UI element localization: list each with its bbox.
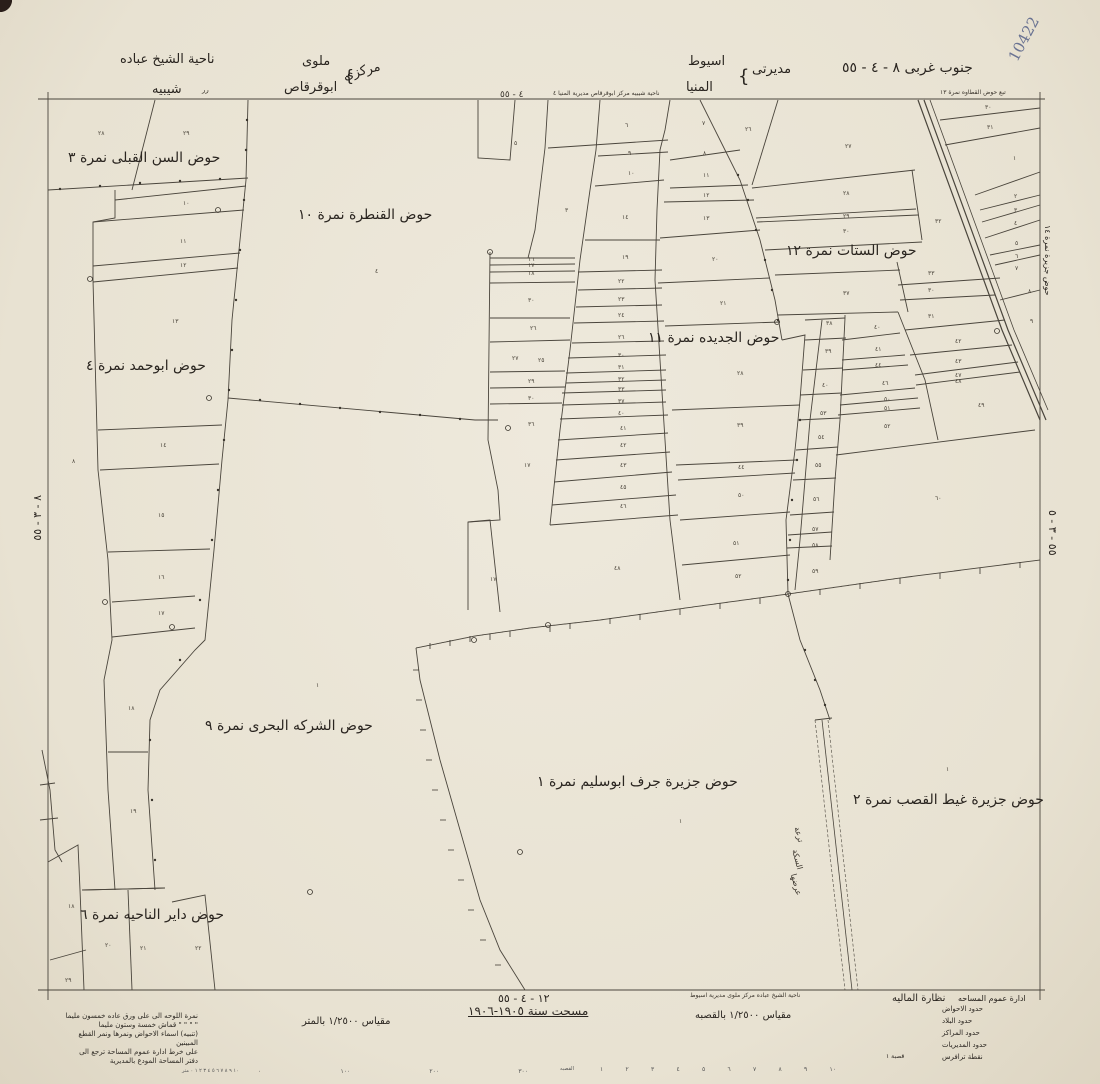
parcel-number: ١٧: [524, 462, 530, 469]
parcel-number: ٥٢: [884, 423, 890, 430]
parcel-number: ٧: [702, 120, 705, 127]
parcel-number: ٤٠: [822, 382, 828, 389]
legend-item-traverse-point: نقطة ترافرس: [942, 1053, 983, 1061]
nahia-name-2: شيبيه: [152, 82, 182, 97]
note-line: (تنبيه) اسماء الاحواض ونمرها ونمر القطع …: [58, 1030, 198, 1048]
parcel-number: ٣١: [618, 364, 624, 371]
parcel-number: ٤٢: [620, 442, 626, 449]
parcel-number: ٣٢: [618, 376, 624, 383]
parcel-number: ٣٠: [618, 352, 624, 359]
parcel-number: ٥١: [884, 405, 890, 412]
parcel-number: ٣٠: [928, 287, 934, 294]
top-center-note: ناحية شيبيه مركز ابوقرقاص مديرية المنيا …: [553, 90, 660, 97]
parcel-number: ٤٢: [955, 338, 961, 345]
parcel-number: ٤٦: [620, 503, 626, 510]
parcel-number: ٣٨: [826, 320, 832, 327]
note-line: " " " " قماش خمسة وستون مليما: [58, 1021, 198, 1030]
parcel-number: ١: [316, 682, 319, 689]
basin-label-12: حوض الستات نمرة ١٢: [786, 243, 917, 259]
parcel-number: ٥٠: [884, 396, 890, 403]
scale-tick: ١: [600, 1066, 603, 1073]
parcel-number: ٣: [565, 207, 568, 214]
markaz-1: ملوى: [302, 54, 330, 69]
parcel-number: ٢٨: [737, 370, 743, 377]
parcel-number: ٢٣: [618, 296, 624, 303]
parcel-number: ٣١: [987, 124, 993, 131]
parcel-number: ٥٨: [812, 542, 818, 549]
scale-qasaba-ticks: ١ ٢ ٣ ٤ ٥ ٦ ٧ ٨ ٩ ١٠: [600, 1066, 836, 1073]
top-center-ref: ٤ - ٥٥: [500, 90, 524, 100]
parcel-number: ٤٤: [875, 362, 881, 369]
parcel-number: ١٦: [158, 574, 164, 581]
parcel-number: ٣٧: [618, 398, 624, 405]
parcel-number: ٥٤: [818, 434, 824, 441]
parcel-number: ٦: [625, 122, 628, 129]
parcel-number: ٣: [1014, 207, 1017, 214]
scale-tick: ١٠٠: [340, 1068, 350, 1075]
scale-qasaba-unit: القصبه: [560, 1066, 574, 1072]
parcel-number: ٣٣: [928, 270, 934, 277]
parcel-number: ٢٨: [843, 190, 849, 197]
parcel-number: ٢: [1014, 193, 1017, 200]
bottom-village-note: ناحية الشيخ عباده مركز ملوى مديرية اسيوط: [690, 992, 800, 999]
parcel-number: ٨: [1028, 288, 1031, 295]
parcel-number: ٨: [703, 150, 706, 157]
parcel-number: ٢٩: [843, 213, 849, 220]
parcel-number: ١٢: [180, 262, 186, 269]
parcel-number: ٥٩: [812, 568, 818, 575]
parcel-number: ٢٧: [845, 143, 851, 150]
parcel-number: ١٩: [622, 254, 628, 261]
parcel-number: ٥: [514, 140, 517, 147]
mudiriya-boundary-plus-marks: [413, 562, 1020, 965]
parcel-number: ٤٨: [614, 565, 620, 572]
parcel-number: ١١: [180, 238, 186, 245]
parcel-number: ٩: [628, 150, 631, 157]
parcel-number: ٥٧: [812, 526, 818, 533]
print-notes: نمرة اللوحه الى على ورق عاده خمسون مليما…: [58, 1012, 198, 1066]
mudiriya-1: اسيوط: [688, 54, 725, 69]
parcel-number: ٤٥: [620, 484, 626, 491]
scale-meters-ticks: ٠ ١٠٠ ٢٠٠ ٣٠٠: [258, 1068, 528, 1075]
parcel-number: ٥٥: [815, 462, 821, 469]
parcel-number: ٥٢: [735, 573, 741, 580]
parcel-number: ٢٦: [618, 334, 624, 341]
parcel-number: ٣٦: [528, 421, 534, 428]
parcel-number: ١٧: [158, 610, 164, 617]
basin-label-1: حوض جزيرة جرف ابوسليم نمرة ١: [537, 774, 738, 790]
parcel-number: ١٨: [68, 903, 74, 910]
left-coordinate: ٨ - ٣ - ٥٥: [31, 495, 44, 541]
scale-tick: ٨: [779, 1066, 782, 1073]
nahia-label: ناحية الشيخ عباده: [120, 52, 215, 67]
parcel-number: ٢٢: [618, 278, 624, 285]
scale-meters-subticks: ١٠ ٩ ٨ ٧ ٦ ٥ ٤ ٣ ٢ ١ ٠ متر: [182, 1068, 239, 1074]
parcel-number: ٥١: [733, 540, 739, 547]
brace-icon-2: }: [738, 66, 749, 87]
note-line: على خرط ادارة عموم المساحة ترجع الى: [58, 1048, 198, 1057]
parcel-number: ٢٥: [538, 357, 544, 364]
parcel-number: ٦: [1015, 253, 1018, 260]
parcel-number: ٢١: [720, 300, 726, 307]
parcel-number: ٨: [72, 458, 75, 465]
parcel-number: ٤٠: [874, 324, 880, 331]
parcel-number: ٣٩: [737, 422, 743, 429]
parcel-number: ١٨: [528, 270, 534, 277]
parcel-number: ٤٩: [978, 402, 984, 409]
parcel-number: ١٨: [128, 705, 134, 712]
parcel-number: ٣٠: [528, 395, 534, 402]
basin-label-9: حوض الشركه البحرى نمرة ٩: [205, 718, 373, 734]
scale-meters-title: مقياس ١/٢٥٠٠ بالمتر: [302, 1016, 390, 1027]
parcel-number: ٣٩: [825, 348, 831, 355]
parcel-number: ٢٧: [512, 355, 518, 362]
parcel-number: ٤: [1014, 220, 1017, 227]
scale-tick: ٥: [702, 1066, 705, 1073]
parcel-number: ٥٣: [820, 410, 826, 417]
parcel-number: ٣٣: [618, 386, 624, 393]
parcel-number: ١: [1013, 155, 1016, 162]
parcel-number: ١٠: [628, 170, 634, 177]
scale-tick: ٣: [651, 1066, 654, 1073]
mudiriya-label: مديرتى: [752, 62, 791, 77]
scale-tick: ٢٠٠: [429, 1068, 439, 1075]
parcel-number: ٣٠: [843, 228, 849, 235]
parcel-number: ٢١: [140, 945, 146, 952]
basin-label-11: حوض الجديده نمرة ١١: [648, 330, 779, 346]
legend-item-village-boundary: حدود البلاد: [942, 1017, 972, 1025]
parcel-number: ٤٣: [620, 462, 626, 469]
scale-tick: ٦: [728, 1066, 731, 1073]
parcel-number: ١٥: [158, 512, 164, 519]
parcel-number: ٣١: [928, 313, 934, 320]
right-coordinate: ٥٥ - ٣ - ٥: [1046, 510, 1059, 556]
note-line: دفتر المساحة المودع بالمديرية: [58, 1057, 198, 1066]
parcel-number: ١٠: [183, 200, 189, 207]
scale-tick: ٣٠٠: [518, 1068, 528, 1075]
legend-item-markaz-boundary: حدود المراكز: [942, 1029, 980, 1037]
parcel-number: ٢٠: [712, 256, 718, 263]
parcel-number: ٢٩: [65, 977, 71, 984]
parcel-number: ٦٠: [935, 495, 941, 502]
scale-tick: ٩: [804, 1066, 807, 1073]
parcel-number: ١٧: [528, 262, 534, 269]
parcel-number: ٢٨: [98, 130, 104, 137]
legend-org: ادارة عموم المساحه: [958, 994, 1026, 1003]
basin-label-3: حوض السن القبلى نمرة ٣: [68, 150, 220, 166]
note-line: نمرة اللوحه الى على ورق عاده خمسون مليما: [58, 1012, 198, 1021]
legend-unit-note: قصبة ١: [886, 1053, 904, 1060]
parcel-number: ١٢: [703, 192, 709, 199]
parcel-number: ١١: [703, 172, 709, 179]
scale-tick: ٧: [753, 1066, 756, 1073]
parcel-number: ١٣: [703, 215, 709, 222]
parcel-number: ٢٢: [195, 945, 201, 952]
sheet-reference: جنوب غربى ٨ - ٤ - ٥٥: [842, 60, 973, 76]
parcel-number: ١٤: [160, 442, 166, 449]
parcel-number: ٧: [1015, 265, 1018, 272]
parcel-number: ٥٠: [738, 492, 744, 499]
parcel-number: ٣٧: [843, 290, 849, 297]
markaz-2: ابوقرقاص: [284, 80, 337, 95]
scale-tick: ٢: [626, 1066, 629, 1073]
parcel-number: ٢٠: [105, 942, 111, 949]
parcel-number: ٤٠: [618, 410, 624, 417]
parcel-number: ٥٦: [813, 496, 819, 503]
top-right-note: تبع حوض القطاوه نمرة ١٣: [940, 89, 1006, 96]
parcel-number: ٤٣: [955, 358, 961, 365]
parcel-number: ٢٦: [530, 325, 536, 332]
parcel-number: ٤٤: [738, 464, 744, 471]
parcel-number: ٣٠: [528, 297, 534, 304]
parcel-number: ٣٠: [985, 104, 991, 111]
basin-label-10: حوض القنطرة نمرة ١٠: [298, 207, 432, 223]
ditto-mark: رر: [202, 86, 209, 94]
parcel-number: ١٧: [490, 576, 496, 583]
parcel-number: ٤٨: [955, 378, 961, 385]
survey-date: مسحت سنة ١٩٠٥-١٩٠٦: [468, 1004, 588, 1018]
parcel-number: ٢٦: [745, 126, 751, 133]
scale-tick: ٤: [677, 1066, 680, 1073]
parcel-number: ٤٦: [882, 380, 888, 387]
parcel-number: ٢٩: [183, 130, 189, 137]
parcel-number: ١٩: [130, 808, 136, 815]
legend-item-mudiriya-boundary: حدود المديريات: [942, 1041, 987, 1049]
parcel-number: ١٣: [172, 318, 178, 325]
parcel-number: ٩: [1030, 318, 1033, 325]
basin-label-4: حوض ابوحمد نمرة ٤: [86, 358, 206, 374]
parcel-number: ٥: [1015, 240, 1018, 247]
legend-item-basin-boundary: حدود الاحواض: [942, 1005, 983, 1013]
parcel-number: ١٤: [622, 214, 628, 221]
basin-label-6: حوض داير الناحيه نمرة ٦: [80, 907, 224, 923]
parcel-number: ١: [946, 766, 949, 773]
scale-qasaba-title: مقياس ١/٢٥٠٠ بالقصبه: [695, 1010, 791, 1021]
parcel-number: ٤: [375, 268, 378, 275]
parcel-number: ٢٩: [528, 378, 534, 385]
basin-label-2: حوض جزيرة غيط القصب نمرة ٢: [853, 792, 1044, 808]
parcel-number: ٤١: [875, 346, 881, 353]
scale-tick: ١٠: [830, 1066, 836, 1073]
right-basin-note: حوض جزيرة نمرة ١٤: [1043, 225, 1052, 296]
parcel-number: ٢٤: [618, 312, 624, 319]
parcel-number: ٤١: [620, 425, 626, 432]
scale-tick: ٠: [258, 1068, 261, 1075]
legend-ministry: نظارة الماليه: [892, 993, 945, 1004]
boundary-ticks: [59, 119, 826, 861]
parcel-number: ١: [679, 818, 682, 825]
parcel-number: ٣٢: [935, 218, 941, 225]
mudiriya-2: المنيا: [686, 80, 713, 95]
